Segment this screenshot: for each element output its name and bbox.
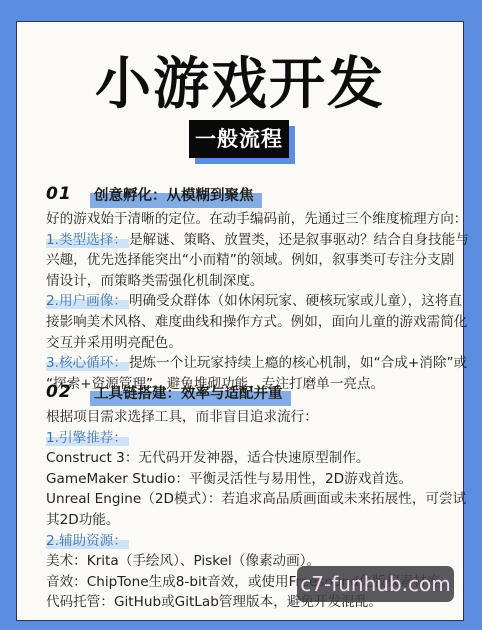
body-line: 交互并采用明亮配色。 <box>46 333 451 354</box>
section-number: 01 <box>46 184 90 204</box>
line-text: 是解谜、策略、放置类，还是叙事驱动？结合自身技能与 <box>129 232 469 248</box>
body-line: 兴趣，优先选择能突出“小而精”的领域。例如，叙事类可专注分支剧 <box>46 250 451 271</box>
line-text: Construct 3：无代码开发神器，适合快速原型制作。 <box>46 450 370 466</box>
body-line: 情设计，而策略类需强化机制深度。 <box>46 271 451 292</box>
body-line: 好的游戏始于清晰的定位。在动手编码前，先通过三个维度梳理方向： <box>46 209 451 230</box>
line-label: 1.类型选择： <box>46 232 129 248</box>
line-text: 交互并采用明亮配色。 <box>46 335 182 351</box>
line-text: GameMaker Studio：平衡灵活性与易用性，2D游戏首选。 <box>46 471 412 487</box>
line-label: 1.引擎推荐： <box>46 430 129 446</box>
line-label: 2.辅助资源： <box>46 533 129 549</box>
section-title: 工具链搭建：效率与适配并重 <box>90 382 287 403</box>
watermark: c7-funhub.com <box>297 566 454 602</box>
body-line: 2.辅助资源： <box>46 531 451 552</box>
body-line: 3.核心循环：提炼一个让玩家持续上瘾的核心机制，如“合成+消除”或 <box>46 353 451 374</box>
line-text: 接影响美术风格、难度曲线和操作方式。例如，面向儿童的游戏需简化 <box>46 314 467 330</box>
line-text: 好的游戏始于清晰的定位。在动手编码前，先通过三个维度梳理方向： <box>46 211 467 227</box>
body-line: 1.类型选择：是解谜、策略、放置类，还是叙事驱动？结合自身技能与 <box>46 230 451 251</box>
body-line: GameMaker Studio：平衡灵活性与易用性，2D游戏首选。 <box>46 469 451 490</box>
section-body-01: 好的游戏始于清晰的定位。在动手编码前，先通过三个维度梳理方向： 1.类型选择：是… <box>46 209 451 394</box>
line-text: 根据项目需求选择工具，而非盲目追求流行： <box>46 409 318 425</box>
body-line: 1.引擎推荐： <box>46 428 451 449</box>
line-label: 3.核心循环： <box>46 355 129 371</box>
line-text: 明确受众群体（如休闲玩家、硬核玩家或儿童），这将直 <box>129 293 462 309</box>
line-text: 美术：Krita（手绘风）、Piskel（像素动画）。 <box>46 553 320 569</box>
line-text: 兴趣，优先选择能突出“小而精”的领域。例如，叙事类可专注分支剧 <box>46 252 454 268</box>
subtitle-badge: 一般流程 <box>189 120 289 158</box>
section-title: 创意孵化：从模糊到聚焦 <box>90 184 258 205</box>
line-text: Unreal Engine（2D模式）：若追求高品质画面或未来拓展性，可尝试 <box>46 491 466 507</box>
section-heading-02: 02 工具链搭建：效率与适配并重 <box>46 380 287 404</box>
section-number: 02 <box>46 382 90 402</box>
body-line: 2.用户画像：明确受众群体（如休闲玩家、硬核玩家或儿童），这将直 <box>46 291 451 312</box>
line-label: 2.用户画像： <box>46 293 129 309</box>
document-card: 小游戏开发 一般流程 01 创意孵化：从模糊到聚焦 好的游戏始于清晰的定位。在动… <box>16 21 464 621</box>
body-line: Unreal Engine（2D模式）：若追求高品质画面或未来拓展性，可尝试 <box>46 489 451 510</box>
page-title: 小游戏开发 <box>17 50 463 120</box>
line-text: 提炼一个让玩家持续上瘾的核心机制，如“合成+消除”或 <box>129 355 467 371</box>
body-line: 根据项目需求选择工具，而非盲目追求流行： <box>46 407 451 428</box>
body-line: 其2D功能。 <box>46 510 451 531</box>
body-line: Construct 3：无代码开发神器，适合快速原型制作。 <box>46 448 451 469</box>
subtitle-text: 一般流程 <box>189 120 289 158</box>
line-text: 其2D功能。 <box>46 512 120 528</box>
section-heading-01: 01 创意孵化：从模糊到聚焦 <box>46 182 258 206</box>
line-text: 情设计，而策略类需强化机制深度。 <box>46 273 264 289</box>
body-line: 接影响美术风格、难度曲线和操作方式。例如，面向儿童的游戏需简化 <box>46 312 451 333</box>
